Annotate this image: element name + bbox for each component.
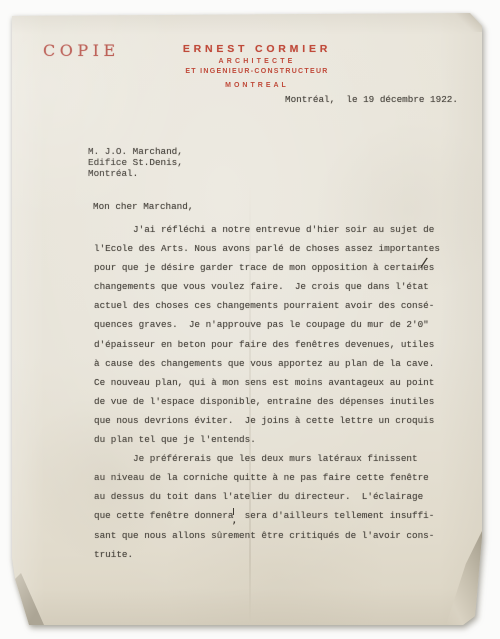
page-corner-fold-bottom-right [446, 531, 482, 625]
typed-line: au dessus du toit dans l'atelier du dire… [94, 487, 440, 506]
recipient-line: Edifice St.Denis, [88, 157, 183, 168]
typed-line: que nous devrions éviter. Je joins à cet… [94, 411, 440, 430]
recipient-address: M. J.O. Marchand,Edifice St.Denis,Montré… [88, 146, 183, 179]
letterhead-title-architecte: ARCHITECTE [127, 58, 387, 65]
typed-line: pour que je désire garder trace de mon o… [94, 258, 440, 277]
typed-line: Je préférerais que les deux murs latérau… [94, 449, 440, 468]
page-corner-fold-bottom-left [14, 573, 44, 625]
letterhead: ERNEST CORMIER ARCHITECTE ET INGENIEUR-C… [127, 43, 387, 89]
typed-line: au niveau de la corniche quitte à ne pas… [94, 468, 440, 487]
letter-page: COPIE ERNEST CORMIER ARCHITECTE ET INGEN… [12, 13, 482, 625]
typed-line: quences graves. Je n'approuve pas le cou… [94, 315, 440, 334]
typed-line: d'épaisseur en beton pour faire des fenê… [94, 335, 440, 354]
typed-line: J'ai réfléchi a notre entrevue d'hier so… [94, 220, 440, 239]
recipient-line: M. J.O. Marchand, [88, 146, 183, 157]
typed-line: l'Ecole des Arts. Nous avons parlé de ch… [94, 239, 440, 258]
scanned-letter: COPIE ERNEST CORMIER ARCHITECTE ET INGEN… [0, 0, 500, 639]
typed-line: du plan tel que je l'entends. [94, 430, 440, 449]
dateline: Montréal, le 19 décembre 1922. [285, 94, 458, 105]
typed-line: actuel des choses ces changements pourra… [94, 296, 440, 315]
letterhead-title-ingenieur: ET INGENIEUR-CONSTRUCTEUR [127, 68, 387, 75]
letterhead-city: MONTREAL [127, 82, 387, 89]
typed-line: de vue de l'espace disponible, entraîne … [94, 392, 440, 411]
salutation: Mon cher Marchand, [93, 201, 193, 212]
typed-line: changements que vous voulez faire. Je cr… [94, 277, 440, 296]
page-corner-fold-top-right [454, 13, 482, 32]
letter-body: J'ai réfléchi a notre entrevue d'hier so… [94, 220, 440, 564]
typed-line: que cette fenêtre donnera sera d'ailleur… [94, 506, 440, 525]
typed-line: sant que nous allons sûrement être criti… [94, 526, 440, 545]
typed-line: à cause des changements que vous apporte… [94, 354, 440, 373]
recipient-line: Montréal. [88, 168, 183, 179]
paper-sheet: COPIE ERNEST CORMIER ARCHITECTE ET INGEN… [12, 13, 482, 625]
typed-line: truite. [94, 545, 440, 564]
copie-stamp: COPIE [43, 41, 120, 60]
typed-line: Ce nouveau plan, qui à mon sens est moin… [94, 373, 440, 392]
letterhead-name: ERNEST CORMIER [127, 43, 387, 55]
